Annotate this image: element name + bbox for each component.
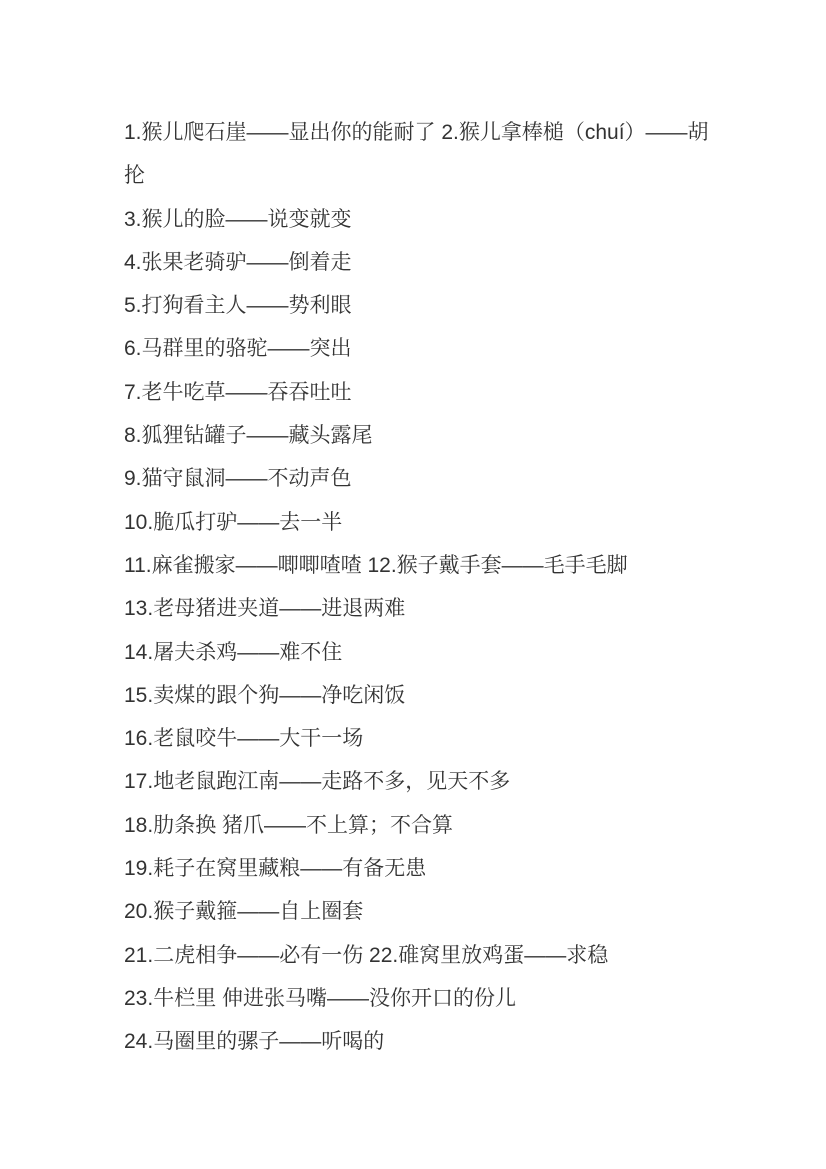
text-line-17: 18.肋条换 猪爪——不上算；不合算 — [124, 804, 722, 847]
text-line-22: 24.马圈里的骡子——听喝的 — [124, 1020, 722, 1063]
text-line-1: 1.猴儿爬石崖——显出你的能耐了 2.猴儿拿棒槌（chuí）——胡 — [124, 111, 722, 154]
text-line-5: 5.打狗看主人——势利眼 — [124, 284, 722, 327]
text-line-2: 抡 — [124, 154, 722, 197]
text-line-4: 4.张果老骑驴——倒着走 — [124, 241, 722, 284]
text-line-12: 13.老母猪进夹道——进退两难 — [124, 587, 722, 630]
text-line-10: 10.脆瓜打驴——去一半 — [124, 501, 722, 544]
text-line-3: 3.猴儿的脸——说变就变 — [124, 198, 722, 241]
text-line-15: 16.老鼠咬牛——大干一场 — [124, 717, 722, 760]
text-line-20: 21.二虎相争——必有一伤 22.碓窝里放鸡蛋——求稳 — [124, 934, 722, 977]
text-line-19: 20.猴子戴箍——自上圈套 — [124, 890, 722, 933]
text-line-18: 19.耗子在窝里藏粮——有备无患 — [124, 847, 722, 890]
sayings-list: 1.猴儿爬石崖——显出你的能耐了 2.猴儿拿棒槌（chuí）——胡抡3.猴儿的脸… — [124, 111, 722, 1064]
text-line-21: 23.牛栏里 伸进张马嘴——没你开口的份儿 — [124, 977, 722, 1020]
text-line-14: 15.卖煤的跟个狗——净吃闲饭 — [124, 674, 722, 717]
text-line-16: 17.地老鼠跑江南——走路不多，见天不多 — [124, 760, 722, 803]
text-line-13: 14.屠夫杀鸡——难不住 — [124, 631, 722, 674]
document-page: 1.猴儿爬石崖——显出你的能耐了 2.猴儿拿棒槌（chuí）——胡抡3.猴儿的脸… — [0, 0, 826, 1169]
text-line-6: 6.马群里的骆驼——突出 — [124, 327, 722, 370]
text-line-11: 11.麻雀搬家——唧唧喳喳 12.猴子戴手套——毛手毛脚 — [124, 544, 722, 587]
text-line-8: 8.狐狸钻罐子——藏头露尾 — [124, 414, 722, 457]
text-line-7: 7.老牛吃草——吞吞吐吐 — [124, 371, 722, 414]
text-line-9: 9.猫守鼠洞——不动声色 — [124, 457, 722, 500]
